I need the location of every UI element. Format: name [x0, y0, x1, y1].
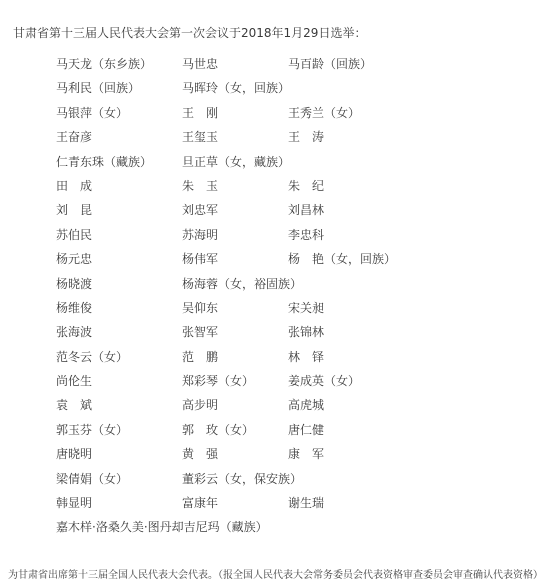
list-row: 马天龙（东乡族）马世忠马百龄（回族）	[0, 54, 550, 78]
delegate-name: 林 铎	[288, 350, 324, 365]
delegate-name: 朱 玉	[182, 179, 218, 194]
delegate-name: 张海波	[56, 325, 92, 340]
delegate-name: 高虎城	[288, 398, 324, 413]
delegate-name: 董彩云（女，保安族）	[182, 472, 302, 487]
delegate-name: 马天龙（东乡族）	[56, 57, 152, 72]
delegate-name: 刘 昆	[56, 203, 92, 218]
delegate-name: 马晖玲（女，回族）	[182, 81, 290, 96]
delegate-name: 唐晓明	[56, 447, 92, 462]
delegate-name: 王秀兰（女）	[288, 106, 360, 121]
delegate-name: 范冬云（女）	[56, 350, 128, 365]
delegate-name: 王玺玉	[182, 130, 218, 145]
list-row: 张海波张智军张锦林	[0, 322, 550, 346]
intro-line: 甘肃省第十三届人民代表大会第一次会议于2018年1月29日选举：	[13, 26, 366, 41]
delegate-name: 康 军	[288, 447, 324, 462]
list-row: 刘 昆刘忠军刘昌林	[0, 200, 550, 224]
list-row: 王奋彦王玺玉王 涛	[0, 127, 550, 151]
document-page: 甘肃省第十三届人民代表大会第一次会议于2018年1月29日选举： 马天龙（东乡族…	[0, 0, 550, 586]
delegate-name: 田 成	[56, 179, 92, 194]
delegate-name: 韩显明	[56, 496, 92, 511]
delegate-name: 袁 斌	[56, 398, 92, 413]
delegate-name: 杨海蓉（女，裕固族）	[182, 277, 302, 292]
delegate-name: 杨元忠	[56, 252, 92, 267]
list-row: 袁 斌高步明高虎城	[0, 395, 550, 419]
list-row: 唐晓明黄 强康 军	[0, 444, 550, 468]
delegate-name: 仁青东珠（藏族）	[56, 155, 152, 170]
list-row: 嘉木样·洛桑久美·图丹却吉尼玛（藏族）	[0, 517, 550, 541]
delegate-name: 郭 玫（女）	[182, 423, 254, 438]
closing-line: 为甘肃省出席第十三届全国人民代表大会代表。（报全国人民代表大会常务委员会代表资格…	[8, 569, 548, 582]
delegate-name: 富康年	[182, 496, 218, 511]
delegate-name: 范 鹏	[182, 350, 218, 365]
delegate-name: 郭玉芬（女）	[56, 423, 128, 438]
delegate-name: 梁倩娟（女）	[56, 472, 128, 487]
delegate-name: 杨晓渡	[56, 277, 92, 292]
list-row: 杨元忠杨伟军杨 艳（女，回族）	[0, 249, 550, 273]
list-row: 杨晓渡杨海蓉（女，裕固族）	[0, 274, 550, 298]
delegate-name: 唐仁健	[288, 423, 324, 438]
delegate-name: 嘉木样·洛桑久美·图丹却吉尼玛（藏族）	[56, 520, 268, 535]
delegate-name: 马百龄（回族）	[288, 57, 372, 72]
delegate-name: 朱 纪	[288, 179, 324, 194]
list-row: 范冬云（女）范 鹏林 铎	[0, 347, 550, 371]
delegate-name: 马银萍（女）	[56, 106, 128, 121]
delegate-name: 苏伯民	[56, 228, 92, 243]
delegate-name: 刘昌林	[288, 203, 324, 218]
list-row: 马银萍（女）王 刚王秀兰（女）	[0, 103, 550, 127]
list-row: 郭玉芬（女）郭 玫（女）唐仁健	[0, 420, 550, 444]
delegate-name: 王 刚	[182, 106, 218, 121]
delegate-name: 张锦林	[288, 325, 324, 340]
delegates-list: 马天龙（东乡族）马世忠马百龄（回族）马利民（回族）马晖玲（女，回族）马银萍（女）…	[0, 54, 550, 542]
list-row: 仁青东珠（藏族）旦正草（女，藏族）	[0, 152, 550, 176]
delegate-name: 高步明	[182, 398, 218, 413]
delegate-name: 尚伦生	[56, 374, 92, 389]
delegate-name: 杨 艳（女，回族）	[288, 252, 396, 267]
delegate-name: 吴仰东	[182, 301, 218, 316]
list-row: 马利民（回族）马晖玲（女，回族）	[0, 78, 550, 102]
delegate-name: 姜成英（女）	[288, 374, 360, 389]
delegate-name: 马利民（回族）	[56, 81, 140, 96]
list-row: 苏伯民苏海明李忠科	[0, 225, 550, 249]
list-row: 田 成朱 玉朱 纪	[0, 176, 550, 200]
delegate-name: 苏海明	[182, 228, 218, 243]
list-row: 韩显明富康年谢生瑞	[0, 493, 550, 517]
delegate-name: 刘忠军	[182, 203, 218, 218]
delegate-name: 谢生瑞	[288, 496, 324, 511]
delegate-name: 宋关昶	[288, 301, 324, 316]
delegate-name: 郑彩琴（女）	[182, 374, 254, 389]
list-row: 尚伦生郑彩琴（女）姜成英（女）	[0, 371, 550, 395]
delegate-name: 王奋彦	[56, 130, 92, 145]
list-row: 杨维俊吴仰东宋关昶	[0, 298, 550, 322]
delegate-name: 杨伟军	[182, 252, 218, 267]
delegate-name: 黄 强	[182, 447, 218, 462]
list-row: 梁倩娟（女）董彩云（女，保安族）	[0, 469, 550, 493]
delegate-name: 杨维俊	[56, 301, 92, 316]
delegate-name: 王 涛	[288, 130, 324, 145]
delegate-name: 张智军	[182, 325, 218, 340]
delegate-name: 旦正草（女，藏族）	[182, 155, 290, 170]
delegate-name: 马世忠	[182, 57, 218, 72]
delegate-name: 李忠科	[288, 228, 324, 243]
